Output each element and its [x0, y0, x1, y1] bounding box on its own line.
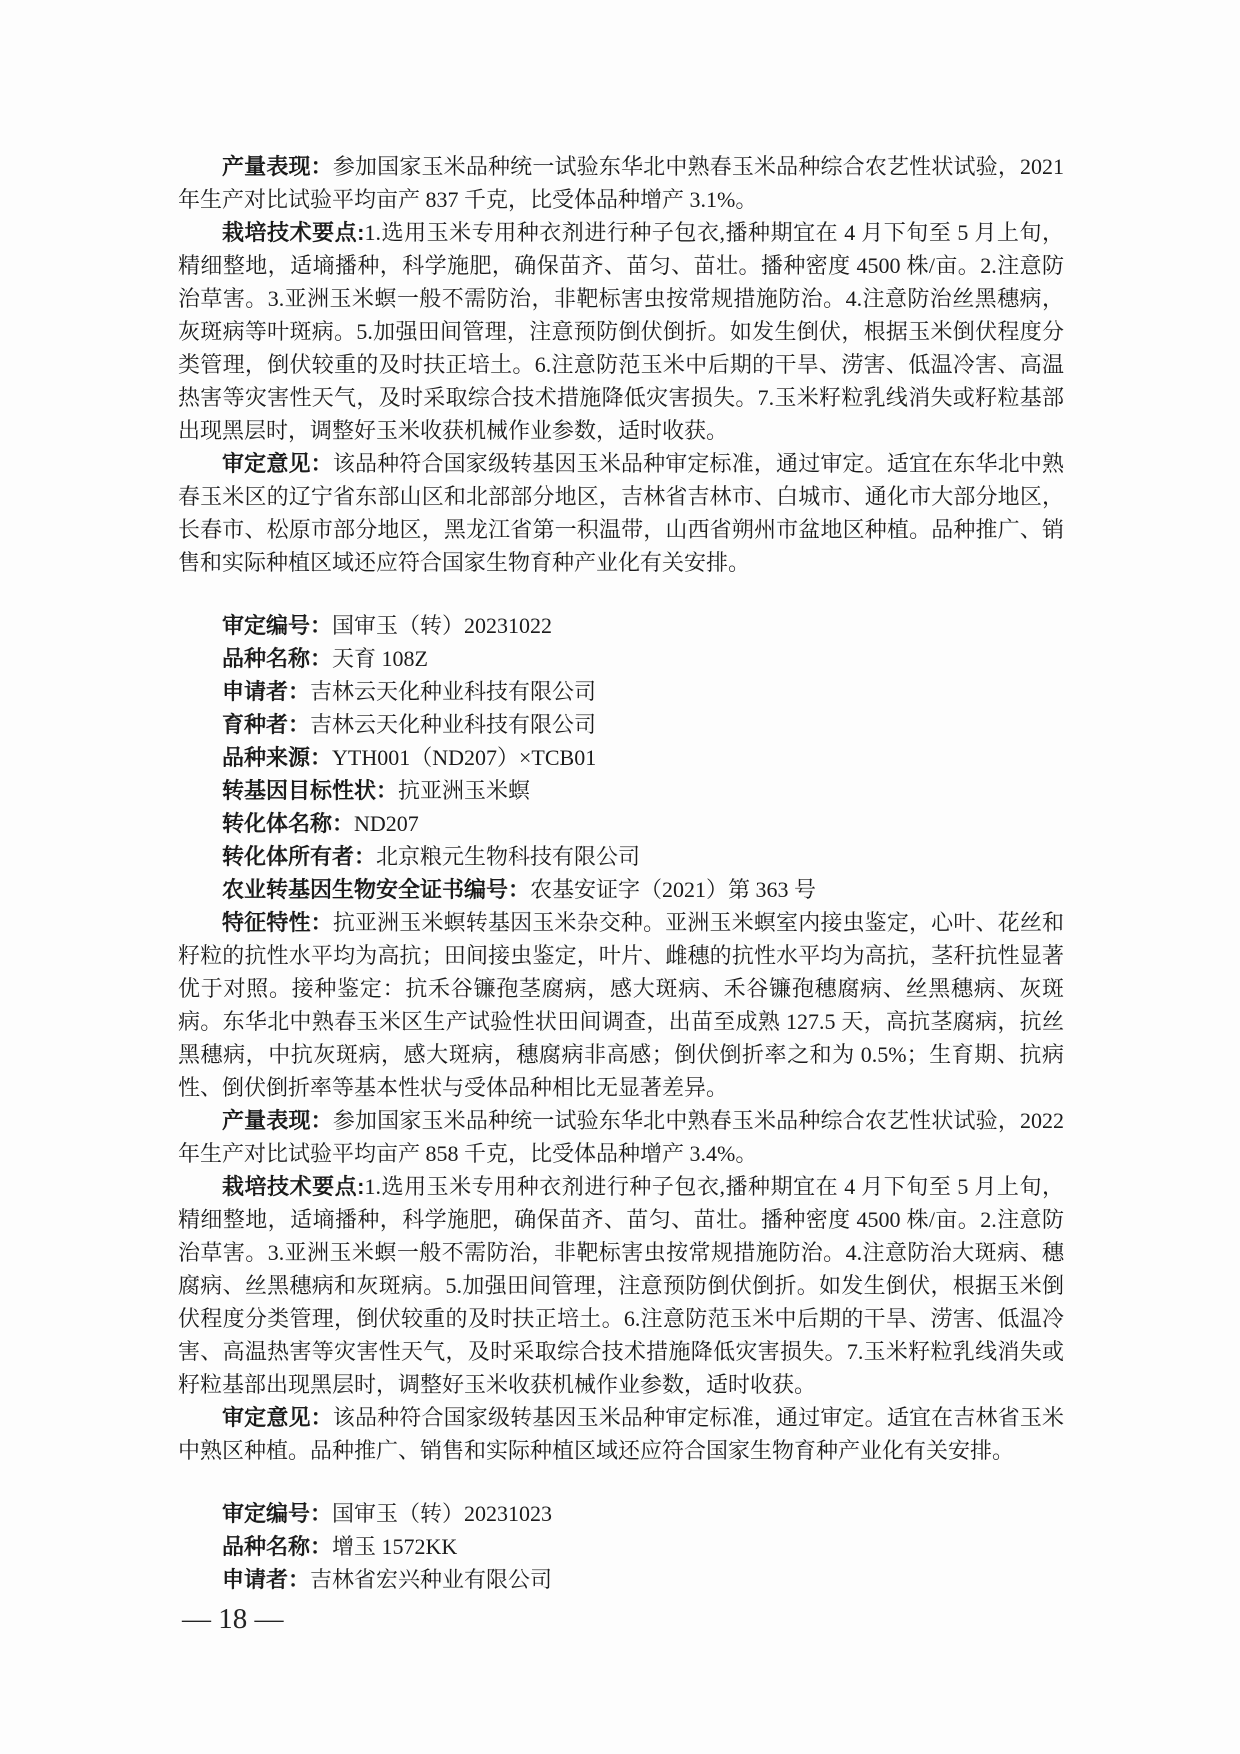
paragraph-approval-number: 审定编号：国审玉（转）20231022	[178, 609, 1064, 642]
field-text: 天育 108Z	[332, 646, 428, 671]
field-text: 抗亚洲玉米螟转基因玉米杂交种。亚洲玉米螟室内接虫鉴定，心叶、花丝和籽粒的抗性水平…	[178, 910, 1064, 1100]
paragraph-approval-opinion: 审定意见：该品种符合国家级转基因玉米品种审定标准，通过审定。适宜在东华北中熟春玉…	[178, 447, 1064, 579]
field-label: 申请者：	[222, 679, 310, 704]
field-text: 抗亚洲玉米螟	[398, 778, 530, 803]
paragraph-target-trait: 转基因目标性状：抗亚洲玉米螟	[178, 774, 1064, 807]
field-text: ND207	[354, 811, 419, 836]
paragraph-variety-name: 品种名称：增玉 1572KK	[178, 1530, 1064, 1563]
field-label: 品种名称：	[222, 646, 332, 671]
paragraph-characteristics: 特征特性：抗亚洲玉米螟转基因玉米杂交种。亚洲玉米螟室内接虫鉴定，心叶、花丝和籽粒…	[178, 906, 1064, 1104]
field-label: 特征特性：	[222, 910, 333, 935]
field-label: 品种来源：	[222, 745, 332, 770]
field-label: 农业转基因生物安全证书编号：	[222, 877, 530, 902]
paragraph-approval-opinion: 审定意见：该品种符合国家级转基因玉米品种审定标准，通过审定。适宜在吉林省玉米中熟…	[178, 1401, 1064, 1467]
field-label: 审定意见：	[222, 1405, 333, 1430]
paragraph-breeder: 育种者：吉林云天化种业科技有限公司	[178, 708, 1064, 741]
field-text: 吉林省宏兴种业有限公司	[310, 1567, 552, 1592]
paragraph-event-name: 转化体名称：ND207	[178, 807, 1064, 840]
field-label: 转化体所有者：	[222, 844, 376, 869]
field-label: 审定意见：	[222, 451, 333, 476]
field-label: 栽培技术要点:	[222, 220, 365, 245]
field-text: 国审玉（转）20231022	[332, 613, 552, 638]
field-label: 产量表现：	[222, 154, 333, 179]
field-text: 吉林云天化种业科技有限公司	[310, 712, 596, 737]
paragraph-yield: 产量表现：参加国家玉米品种统一试验东华北中熟春玉米品种综合农艺性状试验，2021…	[178, 150, 1064, 216]
variety-section-20231023: 审定编号：国审玉（转）20231023 品种名称：增玉 1572KK 申请者：吉…	[178, 1497, 1064, 1596]
field-text: 国审玉（转）20231023	[332, 1501, 552, 1526]
field-label: 栽培技术要点:	[222, 1174, 365, 1199]
field-text: 北京粮元生物科技有限公司	[376, 844, 640, 869]
paragraph-cultivation: 栽培技术要点:1.选用玉米专用种衣剂进行种子包衣,播种期宜在 4 月下旬至 5 …	[178, 1170, 1064, 1401]
field-text: YTH001（ND207）×TCB01	[332, 745, 596, 770]
field-label: 申请者：	[222, 1567, 310, 1592]
field-text: 1.选用玉米专用种衣剂进行种子包衣,播种期宜在 4 月下旬至 5 月上旬，精细整…	[178, 220, 1064, 443]
field-text: 1.选用玉米专用种衣剂进行种子包衣,播种期宜在 4 月下旬至 5 月上旬，精细整…	[178, 1174, 1064, 1397]
paragraph-approval-number: 审定编号：国审玉（转）20231023	[178, 1497, 1064, 1530]
variety-section-continued: 产量表现：参加国家玉米品种统一试验东华北中熟春玉米品种综合农艺性状试验，2021…	[178, 150, 1064, 579]
field-label: 转化体名称：	[222, 811, 354, 836]
paragraph-event-owner: 转化体所有者：北京粮元生物科技有限公司	[178, 840, 1064, 873]
paragraph-variety-name: 品种名称：天育 108Z	[178, 642, 1064, 675]
field-label: 审定编号：	[222, 613, 332, 638]
field-text: 吉林云天化种业科技有限公司	[310, 679, 596, 704]
paragraph-safety-certificate: 农业转基因生物安全证书编号：农基安证字（2021）第 363 号	[178, 873, 1064, 906]
page-number: — 18 —	[182, 1600, 284, 1638]
field-label: 育种者：	[222, 712, 310, 737]
paragraph-applicant: 申请者：吉林云天化种业科技有限公司	[178, 675, 1064, 708]
paragraph-yield: 产量表现：参加国家玉米品种统一试验东华北中熟春玉米品种综合农艺性状试验，2022…	[178, 1104, 1064, 1170]
field-label: 品种名称：	[222, 1534, 332, 1559]
field-text: 增玉 1572KK	[332, 1534, 457, 1559]
document-page: 产量表现：参加国家玉米品种统一试验东华北中熟春玉米品种综合农艺性状试验，2021…	[0, 0, 1240, 1754]
variety-section-20231022: 审定编号：国审玉（转）20231022 品种名称：天育 108Z 申请者：吉林云…	[178, 609, 1064, 1467]
field-label: 转基因目标性状：	[222, 778, 398, 803]
paragraph-cultivation: 栽培技术要点:1.选用玉米专用种衣剂进行种子包衣,播种期宜在 4 月下旬至 5 …	[178, 216, 1064, 447]
paragraph-variety-source: 品种来源：YTH001（ND207）×TCB01	[178, 741, 1064, 774]
field-label: 审定编号：	[222, 1501, 332, 1526]
paragraph-applicant: 申请者：吉林省宏兴种业有限公司	[178, 1563, 1064, 1596]
field-label: 产量表现：	[222, 1108, 333, 1133]
page-content: 产量表现：参加国家玉米品种统一试验东华北中熟春玉米品种综合农艺性状试验，2021…	[178, 150, 1064, 1596]
field-text: 农基安证字（2021）第 363 号	[530, 877, 816, 902]
